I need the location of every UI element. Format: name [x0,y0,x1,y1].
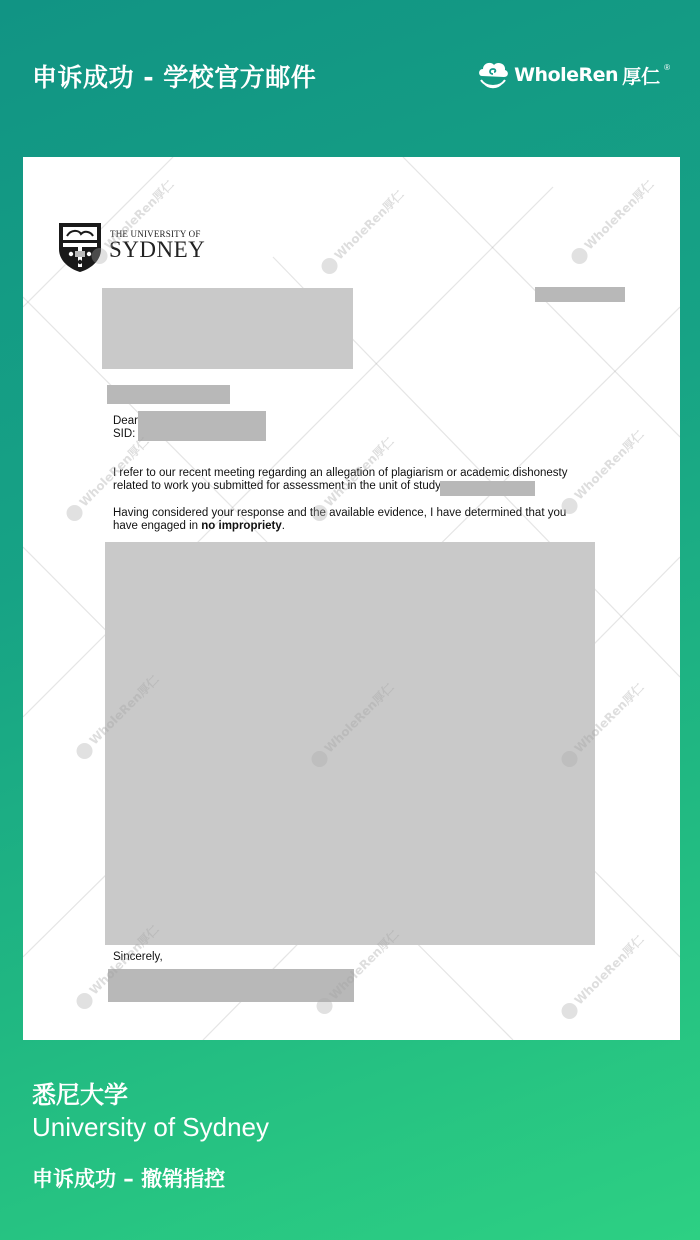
redacted-name-sid [138,411,266,441]
page-title: 申诉成功 - 学校官方邮件 [32,58,316,94]
paragraph-2-line-1: Having considered your response and the … [113,507,566,520]
paragraph-1-line-2: related to work you submitted for assess… [113,480,441,493]
watermark-logo-icon [561,1003,577,1019]
brand-name-cn: 厚仁 [622,62,660,89]
university-name-cn: 悉尼大学 [32,1075,128,1110]
university-name-large: SYDNEY [109,237,205,263]
redacted-letter-body [105,542,595,945]
brand-logo: WholeRen 厚仁 ® [476,58,670,92]
university-name-en: University of Sydney [32,1112,269,1143]
registered-mark: ® [664,63,670,72]
dear-label: Dear [113,415,138,428]
closing-text: Sincerely, [113,951,163,964]
redacted-address-block [102,288,353,369]
watermark-logo-icon [571,248,587,264]
watermark-logo-icon [66,505,82,521]
redacted-unit-of-study [440,481,535,496]
watermark: WholeRen厚仁 [317,186,408,277]
paragraph-2-line-2: have engaged in no impropriety. [113,520,285,533]
cloud-swirl-logo-icon [476,58,510,92]
watermark-logo-icon [76,993,92,1009]
watermark-logo-icon [321,258,337,274]
no-impropriety-finding: no impropriety [201,520,282,532]
sid-label: SID: [113,428,135,441]
letter-document: THE UNIVERSITY OF SYDNEY Dear SID: I ref… [23,157,680,1040]
paragraph-2-prefix: have engaged in [113,520,201,532]
appeal-status: 申诉成功 – 撤销指控 [32,1163,225,1193]
brand-name: WholeRen [514,64,618,86]
paragraph-1-line-1: I refer to our recent meeting regarding … [113,467,568,480]
redacted-signature [108,969,354,1002]
watermark: WholeRen厚仁 [567,176,658,267]
university-crest-icon [57,221,103,273]
redacted-date [535,287,625,302]
watermark: WholeRen厚仁 [557,426,648,517]
redacted-reference [107,385,230,404]
paragraph-2-suffix: . [282,520,285,532]
watermark-logo-icon [76,743,92,759]
